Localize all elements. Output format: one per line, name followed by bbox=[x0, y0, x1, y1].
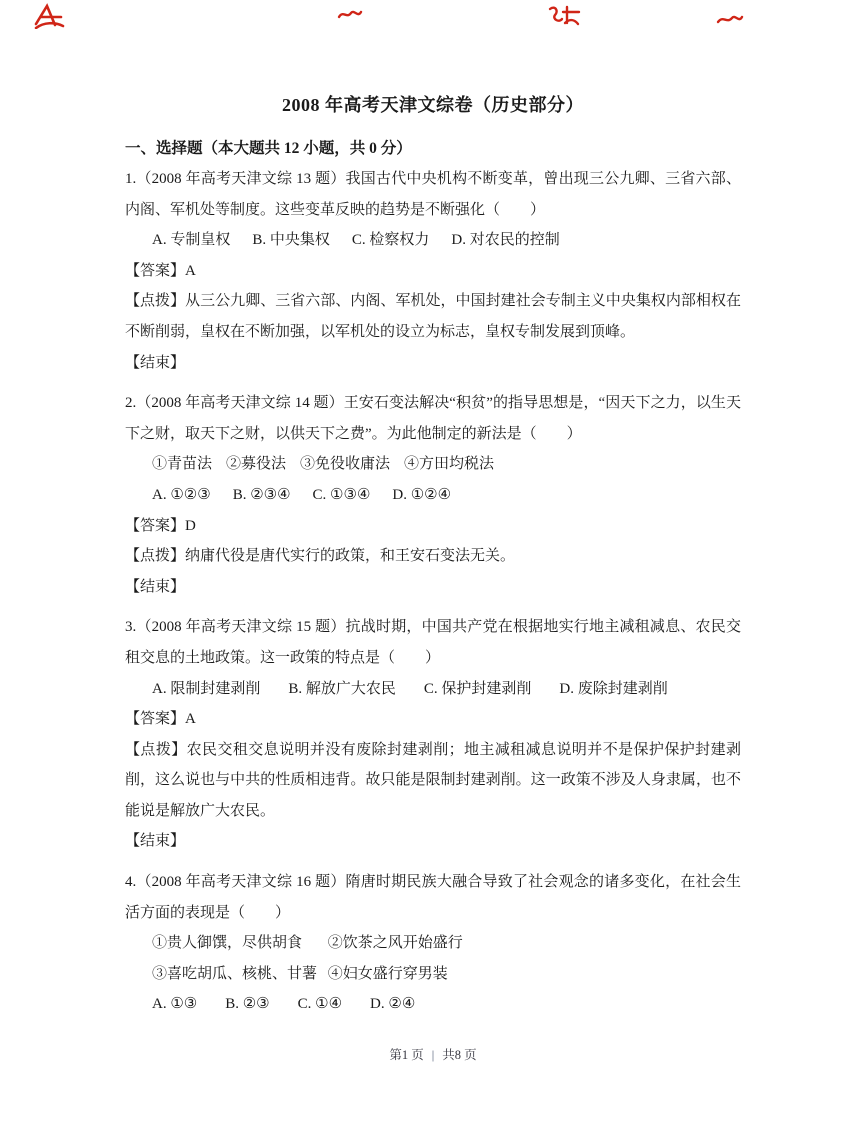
sub-option-3: ③喜吃胡瓜、核桃、甘薯 bbox=[152, 959, 324, 990]
analysis-text: 农民交租交息说明并没有废除封建剥削；地主减租减息说明并不是保护保护封建剥削，这么… bbox=[125, 742, 741, 819]
question-2-analysis-line: 【点拨】纳庸代役是唐代实行的政策，和王安石变法无关。 bbox=[125, 541, 741, 572]
analysis-label: 【点拨】 bbox=[125, 293, 185, 309]
question-2: 2.（2008 年高考天津文综 14 题）王安石变法解决“积贫”的指导思想是，“… bbox=[125, 388, 741, 602]
question-2-sub-options: ①青苗法 ②募役法 ③免役收庸法 ④方田均税法 bbox=[125, 449, 741, 480]
sub-option-3: ③免役收庸法 bbox=[300, 449, 390, 480]
analysis-text: 纳庸代役是唐代实行的政策，和王安石变法无关。 bbox=[185, 548, 515, 564]
question-3-end-marker: 【结束】 bbox=[125, 826, 741, 857]
choice-c: C. 保护封建剥削 bbox=[424, 674, 532, 705]
question-1: 1.（2008 年高考天津文综 13 题）我国古代中央机构不断变革，曾出现三公九… bbox=[125, 164, 741, 378]
question-4-stem: 4.（2008 年高考天津文综 16 题）隋唐时期民族大融合导致了社会观念的诸多… bbox=[125, 867, 741, 928]
choice-b: B. 解放广大农民 bbox=[288, 674, 396, 705]
analysis-text: 从三公九卿、三省六部、内阁、军机处，中国封建社会专制主义中央集权内部相权在不断削… bbox=[125, 293, 741, 340]
choice-b: B. 中央集权 bbox=[252, 225, 330, 256]
choice-b: B. ②③④ bbox=[233, 480, 291, 511]
red-ink-mark-3 bbox=[547, 3, 581, 28]
sub-option-1: ①贵人御馔，尽供胡食 bbox=[152, 928, 324, 959]
question-2-stem: 2.（2008 年高考天津文综 14 题）王安石变法解决“积贫”的指导思想是，“… bbox=[125, 388, 741, 449]
choice-b: B. ②③ bbox=[225, 989, 269, 1020]
question-2-choices: A. ①②③ B. ②③④ C. ①③④ D. ①②④ bbox=[125, 480, 741, 511]
question-4-sub-options-row-1: ①贵人御馔，尽供胡食 ②饮茶之风开始盛行 bbox=[125, 928, 741, 959]
choice-c: C. 检察权力 bbox=[352, 225, 430, 256]
question-4-choices: A. ①③ B. ②③ C. ①④ D. ②④ bbox=[125, 989, 741, 1020]
red-ink-mark-1 bbox=[32, 3, 66, 29]
answer-label: 【答案】 bbox=[125, 518, 185, 534]
page-footer: 第1 页|共8 页 bbox=[0, 1046, 866, 1064]
question-3-analysis-line: 【点拨】农民交租交息说明并没有废除封建剥削；地主减租减息说明并不是保护保护封建剥… bbox=[125, 735, 741, 827]
question-3-answer-line: 【答案】A bbox=[125, 704, 741, 735]
answer-label: 【答案】 bbox=[125, 263, 185, 279]
exam-document-page: 2008 年高考天津文综卷（历史部分） 一、选择题（本大题共 12 小题，共 0… bbox=[0, 0, 866, 1122]
analysis-label: 【点拨】 bbox=[125, 742, 187, 758]
footer-separator: | bbox=[424, 1048, 443, 1062]
footer-page-number: 第1 页 bbox=[389, 1048, 423, 1062]
footer-total-pages: 共8 页 bbox=[442, 1048, 476, 1062]
question-1-end-marker: 【结束】 bbox=[125, 348, 741, 379]
choice-d: D. ①②④ bbox=[392, 480, 451, 511]
answer-value: A bbox=[185, 711, 196, 727]
sub-option-4: ④妇女盛行穿男装 bbox=[328, 966, 448, 982]
sub-option-4: ④方田均税法 bbox=[404, 449, 494, 480]
sub-option-2: ②饮茶之风开始盛行 bbox=[328, 935, 463, 951]
document-content: 2008 年高考天津文综卷（历史部分） 一、选择题（本大题共 12 小题，共 0… bbox=[125, 90, 741, 1020]
red-ink-mark-2 bbox=[337, 8, 363, 21]
choice-d: D. 废除封建剥削 bbox=[559, 674, 667, 705]
analysis-label: 【点拨】 bbox=[125, 548, 185, 564]
page-title: 2008 年高考天津文综卷（历史部分） bbox=[125, 90, 741, 121]
answer-value: A bbox=[185, 263, 196, 279]
choice-a: A. 专制皇权 bbox=[152, 225, 230, 256]
question-3-choices: A. 限制封建剥削 B. 解放广大农民 C. 保护封建剥削 D. 废除封建剥削 bbox=[125, 674, 741, 705]
section-heading: 一、选择题（本大题共 12 小题，共 0 分） bbox=[125, 133, 741, 164]
sub-option-1: ①青苗法 bbox=[152, 449, 212, 480]
answer-label: 【答案】 bbox=[125, 711, 185, 727]
choice-d: D. 对农民的控制 bbox=[451, 225, 559, 256]
choice-a: A. ①②③ bbox=[152, 480, 211, 511]
choice-c: C. ①③④ bbox=[313, 480, 371, 511]
question-3: 3.（2008 年高考天津文综 15 题）抗战时期，中国共产党在根据地实行地主减… bbox=[125, 612, 741, 857]
question-2-answer-line: 【答案】D bbox=[125, 511, 741, 542]
choice-a: A. ①③ bbox=[152, 989, 197, 1020]
question-1-answer-line: 【答案】A bbox=[125, 256, 741, 287]
question-1-choices: A. 专制皇权 B. 中央集权 C. 检察权力 D. 对农民的控制 bbox=[125, 225, 741, 256]
question-3-stem: 3.（2008 年高考天津文综 15 题）抗战时期，中国共产党在根据地实行地主减… bbox=[125, 612, 741, 673]
red-ink-mark-4 bbox=[716, 12, 744, 26]
choice-c: C. ①④ bbox=[298, 989, 342, 1020]
question-1-stem: 1.（2008 年高考天津文综 13 题）我国古代中央机构不断变革，曾出现三公九… bbox=[125, 164, 741, 225]
sub-option-2: ②募役法 bbox=[226, 449, 286, 480]
question-4-sub-options-row-2: ③喜吃胡瓜、核桃、甘薯 ④妇女盛行穿男装 bbox=[125, 959, 741, 990]
question-2-end-marker: 【结束】 bbox=[125, 572, 741, 603]
choice-d: D. ②④ bbox=[370, 989, 415, 1020]
choice-a: A. 限制封建剥削 bbox=[152, 674, 260, 705]
answer-value: D bbox=[185, 518, 196, 534]
question-1-analysis-line: 【点拨】从三公九卿、三省六部、内阁、军机处，中国封建社会专制主义中央集权内部相权… bbox=[125, 286, 741, 347]
question-4: 4.（2008 年高考天津文综 16 题）隋唐时期民族大融合导致了社会观念的诸多… bbox=[125, 867, 741, 1020]
